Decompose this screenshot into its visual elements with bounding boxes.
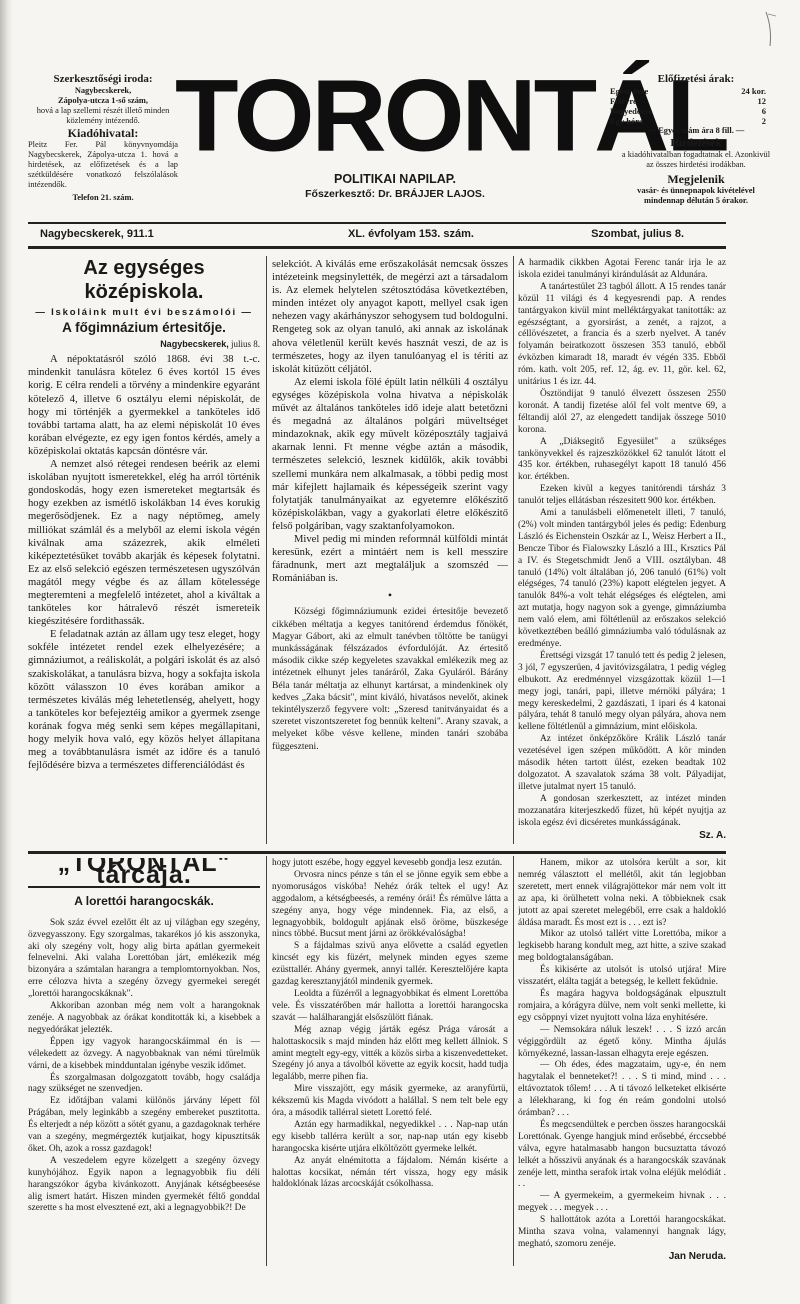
story-paragraph: És szorgalmasan dolgozgatott tovább, hog… (28, 1073, 260, 1097)
story-paragraph: És magára hagyva boldogságának elpusztul… (518, 989, 726, 1025)
story-paragraph: Leoldta a füzérről a legnagyobbikat és e… (272, 989, 508, 1025)
publisher-heading: Kiadóhivatal: (28, 128, 178, 138)
article-paragraph: A nemzet alsó rétegei rendesen beérik az… (28, 458, 260, 628)
article-paragraph: Ezeken kivül a kegyes tanitórendi társhá… (518, 484, 726, 508)
column-divider (513, 256, 514, 844)
story-paragraph: Sok száz évvel ezelőtt élt az uj világba… (28, 918, 260, 1001)
story-paragraph: És megcsendültek e percben összes harang… (518, 1120, 726, 1191)
ads-heading: Hirdetések (606, 138, 786, 148)
article-paragraph: A tanártestület 23 tagból állott. A 15 r… (518, 282, 726, 389)
story-paragraph: A veszedelem egyre közelgett a szegény ö… (28, 1156, 260, 1216)
subscription-heading: Előfizetési árak: (606, 74, 786, 84)
column-divider (266, 856, 267, 1266)
article-kicker: — Iskoláink mult évi beszámolói — (28, 306, 260, 319)
story-signature: Jan Neruda. (518, 1251, 726, 1263)
story-paragraph: — Oh édes, édes magzataim, ugy-e, én nem… (518, 1060, 726, 1120)
story-paragraph: Éppen igy vagyok harangocskáimmal én is … (28, 1037, 260, 1073)
feuilleton-column-3: Hanem, mikor az utolsóra került a sor, k… (518, 858, 726, 1288)
article-paragraph: Az elemi iskola fölé épült latin nélküli… (272, 376, 508, 533)
publisher-text: Pleitz Fer. Pál könyvnyomdája Nagybecske… (28, 140, 178, 190)
masthead-subtitle: POLITIKAI NAPILAP. (175, 172, 615, 186)
dateline-date: Szombat, julius 8. (591, 228, 684, 240)
appears-heading: Megjelenik (606, 174, 786, 184)
feuilleton-heading: „TORONTÁL" tárcája. (28, 858, 260, 882)
article-paragraph: Ösztöndijat 9 tanuló élvezett összesen 2… (518, 389, 726, 437)
appears-text: vasár- és ünnepnapok kivételével mindenn… (606, 186, 786, 206)
price-row: Egész évre24 kor. (610, 86, 766, 96)
phone-number: Telefon 21. szám. (28, 193, 178, 203)
masthead-title: TORONTÁL (175, 63, 615, 169)
article-column-3: A harmadik cikkben Ágotai Ferenc tanár i… (518, 258, 726, 846)
story-paragraph: Orvosra nincs pénze s tán el se jönne eg… (272, 870, 508, 941)
story-title: A lorettói harangocskák. (28, 896, 260, 908)
masthead: TORONTÁL POLITIKAI NAPILAP. Főszerkesztő… (175, 62, 615, 200)
dateline-place: Nagybecskerek, 911.1 (40, 228, 154, 240)
article-paragraph: Községi főgimnáziumunk ezidei értesitője… (272, 606, 508, 752)
article-title: Az egységes középiskola. (28, 256, 260, 304)
article-column-1: Az egységes középiskola. — Iskoláink mul… (28, 256, 260, 846)
article-paragraph: A népoktatásról szóló 1868. évi 38 t.-c.… (28, 353, 260, 458)
editorial-office-city: Nagybecskerek, (28, 86, 178, 96)
price-row: Egy hóra2 (610, 116, 766, 126)
article-paragraph: A gondosan szerkesztett, az intézet mind… (518, 794, 726, 830)
story-paragraph: S hallottátok azóta a Lorettói harangocs… (518, 1215, 726, 1251)
price-row: Negyedévre6 (610, 106, 766, 116)
feuilleton-column-1: „TORONTÁL" tárcája. A lorettói harangocs… (28, 858, 260, 1304)
top-rule (28, 222, 726, 224)
story-paragraph: — A gyermekeim, a gyermekeim hivnak . . … (518, 1191, 726, 1215)
story-paragraph: Hanem, mikor az utolsóra került a sor, k… (518, 858, 726, 929)
editorial-office-heading: Szerkesztőségi iroda: (28, 74, 178, 84)
story-paragraph: hogy jutott eszébe, hogy eggyel kevesebb… (272, 858, 508, 870)
ads-text: a kiadóhivatalban fogadtatnak el. Azonki… (606, 150, 786, 170)
article-subhead: A főgimnázium értesitője. (28, 321, 260, 334)
story-paragraph: És kikisérte az utolsót is utolsó utjára… (518, 965, 726, 989)
story-paragraph: — Nemsokára náluk leszek! . . . S izzó a… (518, 1025, 726, 1061)
article-paragraph: Érettségi vizsgát 17 tanuló tett és pedi… (518, 651, 726, 734)
story-paragraph: Aztán egy harmadikkal, negyedikkel . . .… (272, 1120, 508, 1156)
article-signature: Sz. A. (518, 830, 726, 842)
column-divider (266, 256, 267, 844)
story-paragraph: Még aznap végig járták egész Prága város… (272, 1025, 508, 1085)
article-paragraph: Ami a tanulásbeli előmenetelt illeti, 7 … (518, 508, 726, 651)
page-binding-edge (0, 0, 12, 1304)
masthead-editor: Főszerkesztő: Dr. BRÁJJER LAJOS. (175, 188, 615, 200)
article-paragraph: selekciót. A kiválás eme erőszakolását n… (272, 258, 508, 376)
article-paragraph: E feladatnak aztán az állam ugy tesz ele… (28, 628, 260, 772)
article-paragraph: Mivel pedig mi minden reformnál külföldi… (272, 533, 508, 585)
editorial-office-note: hová a lap szellemi részét illető minden… (28, 106, 178, 126)
dateline: Nagybecskerek, 911.1 XL. évfolyam 153. s… (28, 227, 726, 243)
feuilleton-column-2: hogy jutott eszébe, hogy eggyel kevesebb… (272, 858, 508, 1278)
article-column-2: selekciót. A kiválás eme erőszakolását n… (272, 258, 508, 846)
section-separator: • (272, 589, 508, 602)
pencil-mark-icon (762, 10, 782, 50)
story-paragraph: Mikor az utolsó tallért vitte Lorettóba,… (518, 929, 726, 965)
dateline-rule (28, 246, 726, 249)
article-paragraph: Az intézet önképzőköre Králik László tan… (518, 734, 726, 794)
column-divider (513, 856, 514, 1266)
feuilleton-rule (28, 851, 726, 854)
editorial-office-address: Zápolya-utcza 1-ső szám, (28, 96, 178, 106)
article-paragraph: A „Diáksegitő Egyesület" a szükséges tan… (518, 437, 726, 485)
story-paragraph: Az anyát elnémitotta a fájdalom. Némán k… (272, 1156, 508, 1192)
price-row: Félévre12 (610, 96, 766, 106)
story-paragraph: Ez időtájban valami különös járvány lépe… (28, 1096, 260, 1156)
story-paragraph: S a fájdalmas szivü anya elővette a csal… (272, 941, 508, 989)
story-paragraph: Mire visszajött, egy másik gyermeke, az … (272, 1084, 508, 1120)
single-copy-price: — Egyes szám ára 8 fill. — (606, 126, 786, 136)
article-dateline: Nagybecskerek, julius 8. (28, 338, 260, 351)
article-paragraph: A harmadik cikkben Ágotai Ferenc tanár i… (518, 258, 726, 282)
subscription-box: Előfizetési árak: Egész évre24 kor. Félé… (606, 72, 786, 206)
editorial-office-box: Szerkesztőségi iroda: Nagybecskerek, Záp… (28, 72, 178, 203)
dateline-issue: XL. évfolyam 153. szám. (348, 228, 474, 240)
story-paragraph: Akkoriban azonban még nem volt a harango… (28, 1001, 260, 1037)
